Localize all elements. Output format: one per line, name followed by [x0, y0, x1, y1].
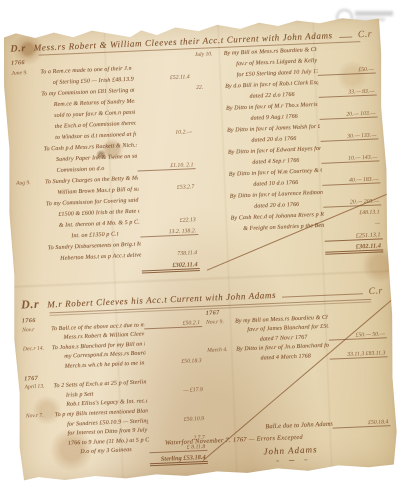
entry-amount: 33.11.3 £83.11.3	[329, 350, 387, 359]
entry-date	[27, 455, 56, 456]
entry-amount	[144, 315, 202, 317]
entry-date	[201, 198, 230, 199]
entry-date: 1767	[24, 374, 53, 382]
entry-date	[206, 332, 235, 333]
entry-amount	[135, 111, 193, 113]
entry-amount: — £17.9	[147, 387, 205, 395]
entry-date	[199, 154, 228, 155]
cr-label: C.r	[358, 30, 373, 41]
entry-text	[57, 461, 150, 465]
entry-amount: £50.2.1	[144, 320, 202, 329]
entry-text	[40, 60, 133, 64]
entry-date	[28, 465, 57, 466]
manuscript-paper: D.rMess.rs Robert & William Cleeves thei…	[1, 16, 400, 484]
debit-column: 1766June 9.To a Rem.ce made to one of th…	[9, 52, 202, 280]
entry-date	[211, 429, 240, 430]
entry-amount	[133, 57, 191, 59]
entry-amount	[137, 144, 195, 146]
entry-date	[23, 359, 52, 360]
entry-amount: £52.11.4	[134, 74, 192, 82]
entry-date	[18, 238, 47, 239]
entry-amount: £251.13.1	[324, 231, 382, 241]
entry-amount	[136, 122, 194, 124]
entry-date	[208, 361, 237, 362]
entry-date: 22.	[196, 84, 225, 91]
entry-date	[17, 205, 46, 206]
entry-text	[53, 375, 146, 379]
entry-amount	[317, 59, 375, 61]
entry-date	[202, 220, 231, 221]
entry-amount: Sterling £53.18.4	[150, 454, 208, 466]
entry-amount: 30.— 133.—	[320, 132, 378, 141]
entry-date	[203, 254, 232, 255]
entry-date: 1766	[11, 59, 40, 67]
entry-amount: £50.10.9	[148, 415, 206, 423]
entry-amount	[147, 381, 205, 383]
entry-amount	[322, 169, 380, 171]
entry-text	[51, 317, 144, 321]
entry-amount	[318, 81, 376, 83]
entry-amount: 13.2. 138.2.	[140, 228, 198, 237]
entry-date	[14, 128, 43, 129]
entry-amount	[146, 372, 204, 374]
entry-date	[12, 85, 41, 86]
entry-date	[17, 216, 46, 217]
entry-date	[15, 150, 44, 151]
entry-amount: 738.11.4	[141, 250, 199, 258]
entry-date	[198, 132, 227, 133]
dr-label: D.r	[21, 297, 40, 313]
entry-text	[235, 310, 328, 314]
entry-date	[200, 176, 229, 177]
entry-amount: 10.2.—	[136, 129, 194, 137]
entry-amount	[317, 49, 375, 51]
entry-date: Aug 9.	[16, 179, 45, 186]
entry-date	[27, 445, 56, 446]
cr-label: C.r	[368, 286, 383, 297]
ledger-columns: 1766Nov.rTo Ball.ce of the above acc.t d…	[20, 302, 394, 478]
entry-date	[196, 77, 225, 78]
entry-date	[195, 66, 224, 67]
entry-amount	[134, 89, 192, 91]
ledger-sections: D.rMess.rs Robert & William Cleeves thei…	[1, 16, 381, 32]
entry-date	[197, 99, 226, 100]
entry-amount: £302.11.4	[325, 242, 383, 254]
entry-amount	[141, 243, 199, 245]
ledger-row	[208, 360, 390, 425]
entry-date	[16, 172, 45, 173]
entry-amount	[147, 400, 205, 402]
entry-date	[201, 209, 230, 210]
entry-amount	[138, 177, 196, 179]
entry-text: By my Bill on Mess.rs Bourdieu & Chollet…	[224, 47, 317, 57]
entry-amount	[145, 352, 203, 354]
entry-date: 1767	[206, 309, 235, 317]
entry-date	[25, 407, 54, 408]
entry-date	[197, 110, 226, 111]
entry-date	[24, 368, 53, 369]
entry-date: Nov.r	[22, 326, 51, 333]
entry-amount: 40.— 183.—	[322, 176, 380, 185]
entry-amount	[320, 125, 378, 127]
entry-amount: £302.11.4	[142, 261, 200, 273]
entry-date	[26, 426, 55, 427]
entry-date: Dec.r 14.	[23, 345, 52, 352]
entry-date: June 9.	[11, 70, 40, 77]
account-section-2: D.rM.r Robert Cleeves his Acc.t Current …	[19, 282, 394, 478]
entry-date	[19, 260, 48, 261]
entry-amount: £50.— 50.—	[329, 331, 387, 340]
entry-date: July 10.	[195, 51, 224, 58]
heading-rule	[339, 36, 352, 38]
entry-date	[18, 227, 47, 228]
entry-amount	[139, 210, 197, 212]
entry-amount	[145, 343, 203, 345]
entry-date	[13, 117, 42, 118]
entry-amount: £22.13	[140, 217, 198, 225]
entry-amount: £53.2.7	[138, 184, 196, 192]
entry-date: March 4.	[207, 347, 236, 354]
entry-date	[199, 165, 228, 166]
entry-date	[15, 161, 44, 162]
entry-amount	[133, 67, 191, 69]
debit-column: 1766Nov.rTo Ball.ce of the above acc.t d…	[20, 310, 211, 478]
entry-amount: £1.10. 2.1	[137, 162, 195, 171]
entry-date	[202, 231, 231, 232]
entry-amount: —	[324, 220, 382, 228]
entry-amount	[319, 103, 377, 105]
entry-date: April 13.	[24, 383, 53, 390]
entry-amount: 10.— 143.—	[321, 154, 379, 163]
entry-date	[200, 187, 229, 188]
account-section-1: D.rMess.rs Robert & William Cleeves thei…	[8, 28, 386, 279]
entry-date	[19, 249, 48, 250]
watermark-text-blur	[355, 11, 393, 16]
heading-rule	[282, 293, 363, 297]
entry-text	[49, 268, 142, 272]
entry-amount	[137, 155, 195, 157]
entry-date	[13, 106, 42, 107]
entry-date	[27, 435, 56, 436]
entry-date: 1766	[22, 316, 51, 324]
entry-amount: £50.—	[318, 66, 376, 75]
entry-date	[20, 272, 49, 273]
entry-amount	[323, 191, 381, 193]
entry-amount: 20.— 103.—	[319, 110, 377, 119]
entry-date: Nov.r 9.	[206, 318, 235, 325]
entry-amount	[328, 316, 386, 318]
entry-date	[12, 96, 41, 97]
entry-date	[25, 397, 54, 398]
entry-date	[17, 194, 46, 195]
entry-date	[23, 339, 52, 340]
entry-date	[198, 121, 227, 122]
entry-date	[207, 341, 236, 342]
entry-amount	[328, 307, 386, 309]
entry-date	[199, 143, 228, 144]
entry-amount	[321, 147, 379, 149]
entry-date: Nov.r 7.	[26, 412, 55, 419]
entry-amount	[148, 410, 206, 412]
entry-amount	[149, 429, 207, 431]
dr-label: D.r	[10, 43, 26, 55]
credit-column: July 10.By my Bill on Mess.rs Bourdieu &…	[193, 44, 386, 272]
entry-amount: £50.18.3	[146, 358, 204, 366]
entry-amount	[139, 199, 197, 201]
photograph-background: D.rMess.rs Robert & William Cleeves thei…	[0, 0, 401, 500]
entry-amount	[145, 333, 203, 335]
credit-column: 1767Nov.r 9.By my Bill on Mess.rs Bourdi…	[204, 302, 395, 470]
entry-date	[203, 243, 232, 244]
entry-amount	[135, 100, 193, 102]
ledger-columns: 1766June 9.To a Rem.ce made to one of th…	[9, 44, 386, 279]
entry-date	[14, 139, 43, 140]
entry-amount: 33.— 83.—	[318, 88, 376, 97]
